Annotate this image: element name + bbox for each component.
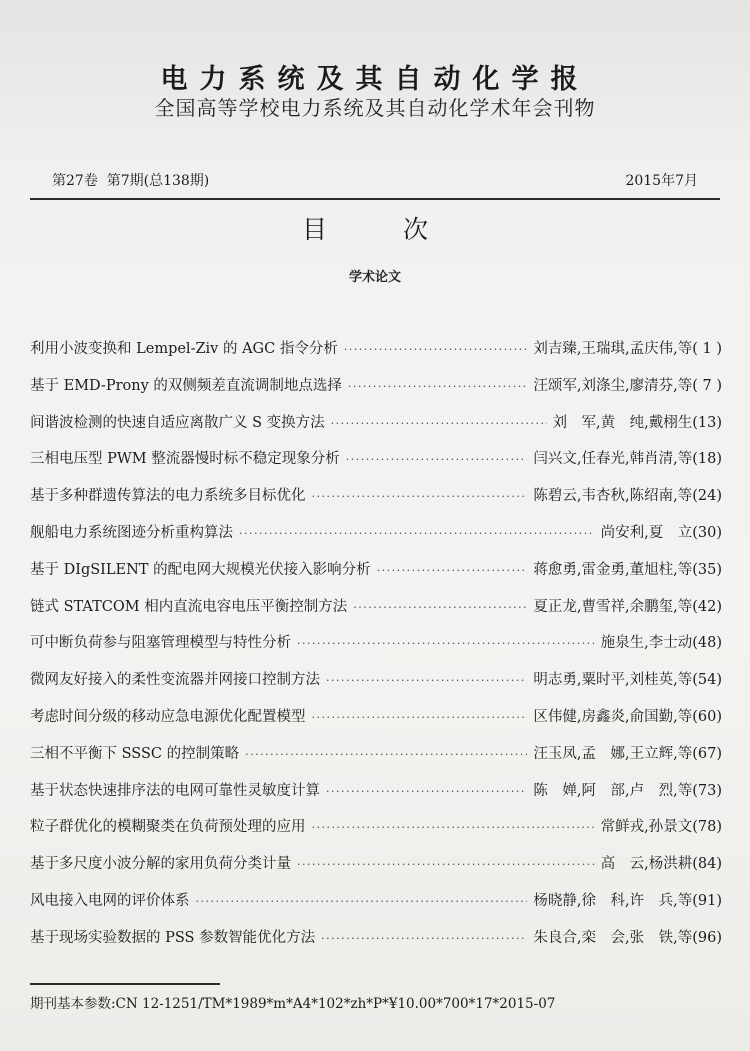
toc-entry-page: (91) [692, 893, 722, 909]
toc-entry[interactable]: 基于 DIgSILENT 的配电网大规模光伏接入影响分析蒋愈勇,雷金勇,董旭柱,… [30, 558, 722, 595]
leader-dots [312, 490, 528, 503]
toc-entry[interactable]: 基于 EMD-Prony 的双侧频差直流调制地点选择汪颂军,刘涤尘,廖清芬,等(… [30, 374, 722, 411]
toc-entry-title: 三相不平衡下 SSSC 的控制策略 [30, 742, 239, 763]
toc-entry[interactable]: 微网友好接入的柔性变流器并网接口控制方法明志勇,粟时平,刘桂英,等(54) [30, 668, 722, 705]
bleed-through-text [280, 4, 284, 17]
leader-dots [312, 711, 528, 724]
toc-heading: 目 次 [0, 210, 750, 246]
leader-dots [348, 380, 528, 393]
leader-dots [245, 748, 527, 761]
toc-entry-title: 粒子群优化的模糊聚类在负荷预处理的应用 [30, 815, 306, 836]
toc-entry-title: 基于现场实验数据的 PSS 参数智能优化方法 [30, 926, 315, 947]
journal-title: 电力系统及其自动化学报 [0, 57, 750, 96]
toc-entry-title: 基于 DIgSILENT 的配电网大规模光伏接入影响分析 [30, 558, 371, 579]
toc-entry-page: (78) [692, 819, 722, 835]
toc-entry[interactable]: 基于状态快速排序法的电网可靠性灵敏度计算陈 婵,阿 部,卢 烈,等(73) [30, 779, 722, 816]
leader-dots [344, 343, 528, 356]
toc-entry[interactable]: 基于多种群遗传算法的电力系统多目标优化陈碧云,韦杏秋,陈绍南,等(24) [30, 484, 722, 521]
toc-entry-authors: 朱良合,栾 会,张 铁,等 [533, 926, 692, 947]
toc-entry[interactable]: 三相不平衡下 SSSC 的控制策略汪玉凤,孟 娜,王立辉,等(67) [30, 742, 722, 779]
toc-entry[interactable]: 基于现场实验数据的 PSS 参数智能优化方法朱良合,栾 会,张 铁,等(96) [30, 926, 722, 963]
toc-entry[interactable]: 风电接入电网的评价体系杨晓静,徐 科,许 兵,等(91) [30, 889, 722, 926]
toc-entry-authors: 区伟健,房鑫炎,俞国勤,等 [533, 705, 692, 726]
leader-dots [377, 564, 528, 577]
toc-entry-title: 可中断负荷参与阻塞管理模型与特性分析 [30, 631, 291, 652]
toc-entry-page: ( 7 ) [692, 378, 722, 394]
toc-entry-authors: 刘 军,黄 纯,戴栩生 [553, 411, 693, 432]
toc-entry-title: 基于 EMD-Prony 的双侧频差直流调制地点选择 [30, 374, 342, 395]
toc-entry-authors: 明志勇,粟时平,刘桂英,等 [533, 668, 692, 689]
toc-entry-page: (67) [692, 746, 722, 762]
toc-entry-title: 基于多种群遗传算法的电力系统多目标优化 [30, 484, 306, 505]
toc-entry-page: (18) [692, 451, 722, 467]
issue-number: 第27卷 第7期(总138期) [52, 170, 209, 190]
toc-entry-page: (84) [692, 856, 722, 872]
toc-entry[interactable]: 基于多尺度小波分解的家用负荷分类计量高 云,杨洪耕(84) [30, 852, 722, 889]
toc-entry-page: (35) [692, 562, 722, 578]
toc-list: 利用小波变换和 Lempel-Ziv 的 AGC 指令分析刘吉臻,王瑞琪,孟庆伟… [30, 337, 722, 963]
toc-entry-page: ( 1 ) [692, 341, 722, 357]
toc-entry-authors: 夏正龙,曹雪祥,余鹏玺,等 [533, 595, 692, 616]
journal-parameters: 期刊基本参数:CN 12-1251/TM*1989*m*A4*102*zh*P*… [30, 992, 555, 1012]
toc-entry-page: (13) [692, 415, 722, 431]
leader-dots [312, 821, 595, 834]
toc-entry-page: (96) [692, 930, 722, 946]
toc-entry-title: 基于多尺度小波分解的家用负荷分类计量 [30, 852, 291, 873]
toc-entry-page: (73) [692, 783, 722, 799]
toc-entry[interactable]: 舰船电力系统图迹分析重构算法尚安利,夏 立(30) [30, 521, 722, 558]
toc-entry[interactable]: 利用小波变换和 Lempel-Ziv 的 AGC 指令分析刘吉臻,王瑞琪,孟庆伟… [30, 337, 722, 374]
footer-divider [30, 983, 220, 985]
issue-line: 第27卷 第7期(总138期) 2015年7月 [52, 170, 698, 190]
toc-entry-authors: 汪玉凤,孟 娜,王立辉,等 [533, 742, 692, 763]
toc-entry-title: 利用小波变换和 Lempel-Ziv 的 AGC 指令分析 [30, 337, 338, 358]
header-divider [30, 198, 720, 200]
toc-entry-authors: 蒋愈勇,雷金勇,董旭柱,等 [533, 558, 692, 579]
toc-entry-page: (42) [692, 599, 722, 615]
toc-entry-title: 链式 STATCOM 相内直流电容电压平衡控制方法 [30, 595, 347, 616]
toc-entry[interactable]: 考虑时间分级的移动应急电源优化配置模型区伟健,房鑫炎,俞国勤,等(60) [30, 705, 722, 742]
toc-entry-page: (54) [692, 672, 722, 688]
toc-entry-authors: 陈 婵,阿 部,卢 烈,等 [533, 779, 692, 800]
toc-entry-title: 间谐波检测的快速自适应离散广义 S 变换方法 [30, 411, 325, 432]
leader-dots [321, 932, 527, 945]
toc-entry-title: 三相电压型 PWM 整流器慢时标不稳定现象分析 [30, 447, 340, 468]
toc-entry-authors: 高 云,杨洪耕 [601, 852, 693, 873]
toc-entry-title: 基于状态快速排序法的电网可靠性灵敏度计算 [30, 779, 320, 800]
toc-entry[interactable]: 链式 STATCOM 相内直流电容电压平衡控制方法夏正龙,曹雪祥,余鹏玺,等(4… [30, 595, 722, 632]
leader-dots [196, 895, 528, 908]
toc-entry-authors: 闫兴文,任春光,韩肖清,等 [533, 447, 692, 468]
toc-entry-authors: 常鲜戎,孙景文 [601, 815, 693, 836]
toc-entry-page: (24) [692, 488, 722, 504]
toc-entry-authors: 刘吉臻,王瑞琪,孟庆伟,等 [533, 337, 692, 358]
toc-entry-authors: 施泉生,李士动 [601, 631, 693, 652]
leader-dots [239, 527, 595, 540]
toc-entry[interactable]: 间谐波检测的快速自适应离散广义 S 变换方法刘 军,黄 纯,戴栩生(13) [30, 411, 722, 448]
toc-entry-authors: 杨晓静,徐 科,许 兵,等 [533, 889, 692, 910]
toc-entry[interactable]: 可中断负荷参与阻塞管理模型与特性分析施泉生,李士动(48) [30, 631, 722, 668]
toc-entry[interactable]: 粒子群优化的模糊聚类在负荷预处理的应用常鲜戎,孙景文(78) [30, 815, 722, 852]
issue-date: 2015年7月 [625, 170, 698, 190]
toc-entry-page: (60) [692, 709, 722, 725]
toc-entry-page: (48) [692, 635, 722, 651]
leader-dots [353, 601, 527, 614]
toc-entry-title: 风电接入电网的评价体系 [30, 889, 190, 910]
journal-contents-page: 电力系统及其自动化学报 全国高等学校电力系统及其自动化学术年会刊物 第27卷 第… [0, 0, 750, 1051]
leader-dots [326, 785, 527, 798]
toc-entry[interactable]: 三相电压型 PWM 整流器慢时标不稳定现象分析闫兴文,任春光,韩肖清,等(18) [30, 447, 722, 484]
leader-dots [346, 453, 528, 466]
leader-dots [331, 417, 547, 430]
toc-entry-title: 微网友好接入的柔性变流器并网接口控制方法 [30, 668, 320, 689]
toc-entry-title: 舰船电力系统图迹分析重构算法 [30, 521, 233, 542]
toc-entry-authors: 陈碧云,韦杏秋,陈绍南,等 [533, 484, 692, 505]
toc-entry-title: 考虑时间分级的移动应急电源优化配置模型 [30, 705, 306, 726]
journal-subtitle: 全国高等学校电力系统及其自动化学术年会刊物 [0, 92, 750, 121]
section-label: 学术论文 [0, 266, 750, 285]
leader-dots [326, 674, 527, 687]
toc-entry-authors: 汪颂军,刘涤尘,廖清芬,等 [533, 374, 692, 395]
leader-dots [297, 637, 595, 650]
toc-entry-page: (30) [692, 525, 722, 541]
toc-entry-authors: 尚安利,夏 立 [601, 521, 693, 542]
leader-dots [297, 858, 595, 871]
